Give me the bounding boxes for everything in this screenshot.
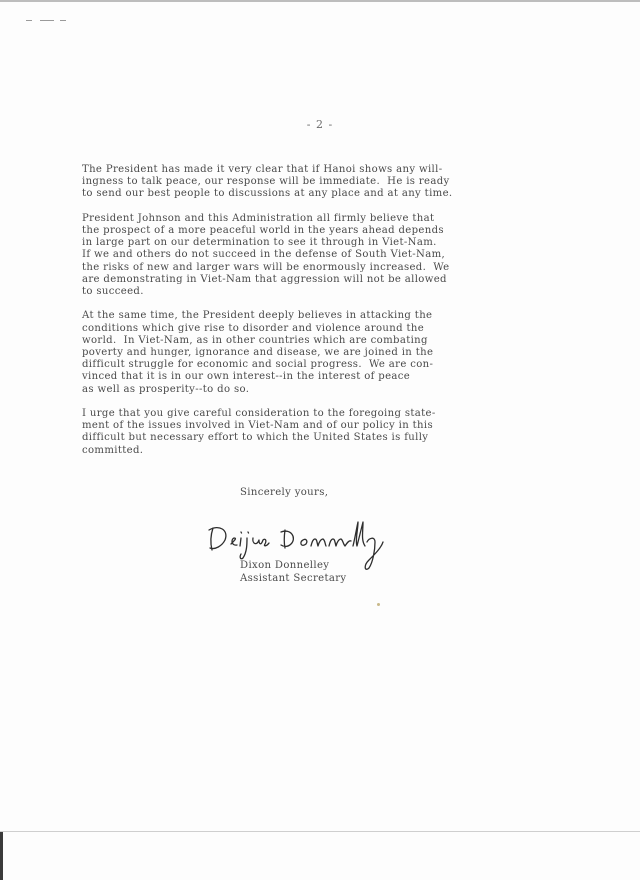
text-line: If we and others do not succeed in the d…	[82, 249, 512, 261]
paragraph-3: At the same time, the President deeply b…	[82, 310, 512, 395]
scanned-letter-page: - 2 - The President has made it very cle…	[0, 0, 640, 880]
letter-body: The President has made it very clear tha…	[82, 164, 512, 469]
text-line: vinced that it is in our own interest--i…	[82, 371, 512, 383]
paragraph-4: I urge that you give careful considerati…	[82, 408, 512, 457]
text-line: difficult but necessary effort to which …	[82, 432, 512, 444]
text-line: world. In Viet-Nam, as in other countrie…	[82, 335, 512, 347]
text-line: the prospect of a more peaceful world in…	[82, 225, 512, 237]
closing-salutation: Sincerely yours,	[240, 487, 328, 498]
text-line: ment of the issues involved in Viet-Nam …	[82, 420, 512, 432]
text-line: difficult struggle for economic and soci…	[82, 359, 512, 371]
text-line: The President has made it very clear tha…	[82, 164, 512, 176]
text-line: in large part on our determination to se…	[82, 237, 512, 249]
signer-block: Dixon Donnelley Assistant Secretary	[240, 560, 347, 585]
text-line: are demonstrating in Viet-Nam that aggre…	[82, 274, 512, 286]
scan-left-shadow	[0, 832, 3, 880]
text-line: ingness to talk peace, our response will…	[82, 176, 512, 188]
text-line: conditions which give rise to disorder a…	[82, 323, 512, 335]
scan-top-edge	[0, 0, 640, 2]
signer-name: Dixon Donnelley	[240, 560, 347, 573]
signer-title: Assistant Secretary	[240, 573, 347, 586]
text-line: At the same time, the President deeply b…	[82, 310, 512, 322]
text-line: to send our best people to discussions a…	[82, 188, 512, 200]
text-line: the risks of new and larger wars will be…	[82, 262, 512, 274]
page-number: - 2 -	[0, 118, 640, 131]
text-line: President Johnson and this Administratio…	[82, 213, 512, 225]
paragraph-1: The President has made it very clear tha…	[82, 164, 512, 201]
text-line: committed.	[82, 445, 512, 457]
text-line: as well as prosperity--to do so.	[82, 384, 512, 396]
corner-marks	[26, 20, 86, 23]
paragraph-2: President Johnson and this Administratio…	[82, 213, 512, 298]
scan-bottom-edge	[0, 831, 640, 832]
text-line: to succeed.	[82, 286, 512, 298]
text-line: poverty and hunger, ignorance and diseas…	[82, 347, 512, 359]
paper-speck	[377, 603, 380, 606]
text-line: I urge that you give careful considerati…	[82, 408, 512, 420]
